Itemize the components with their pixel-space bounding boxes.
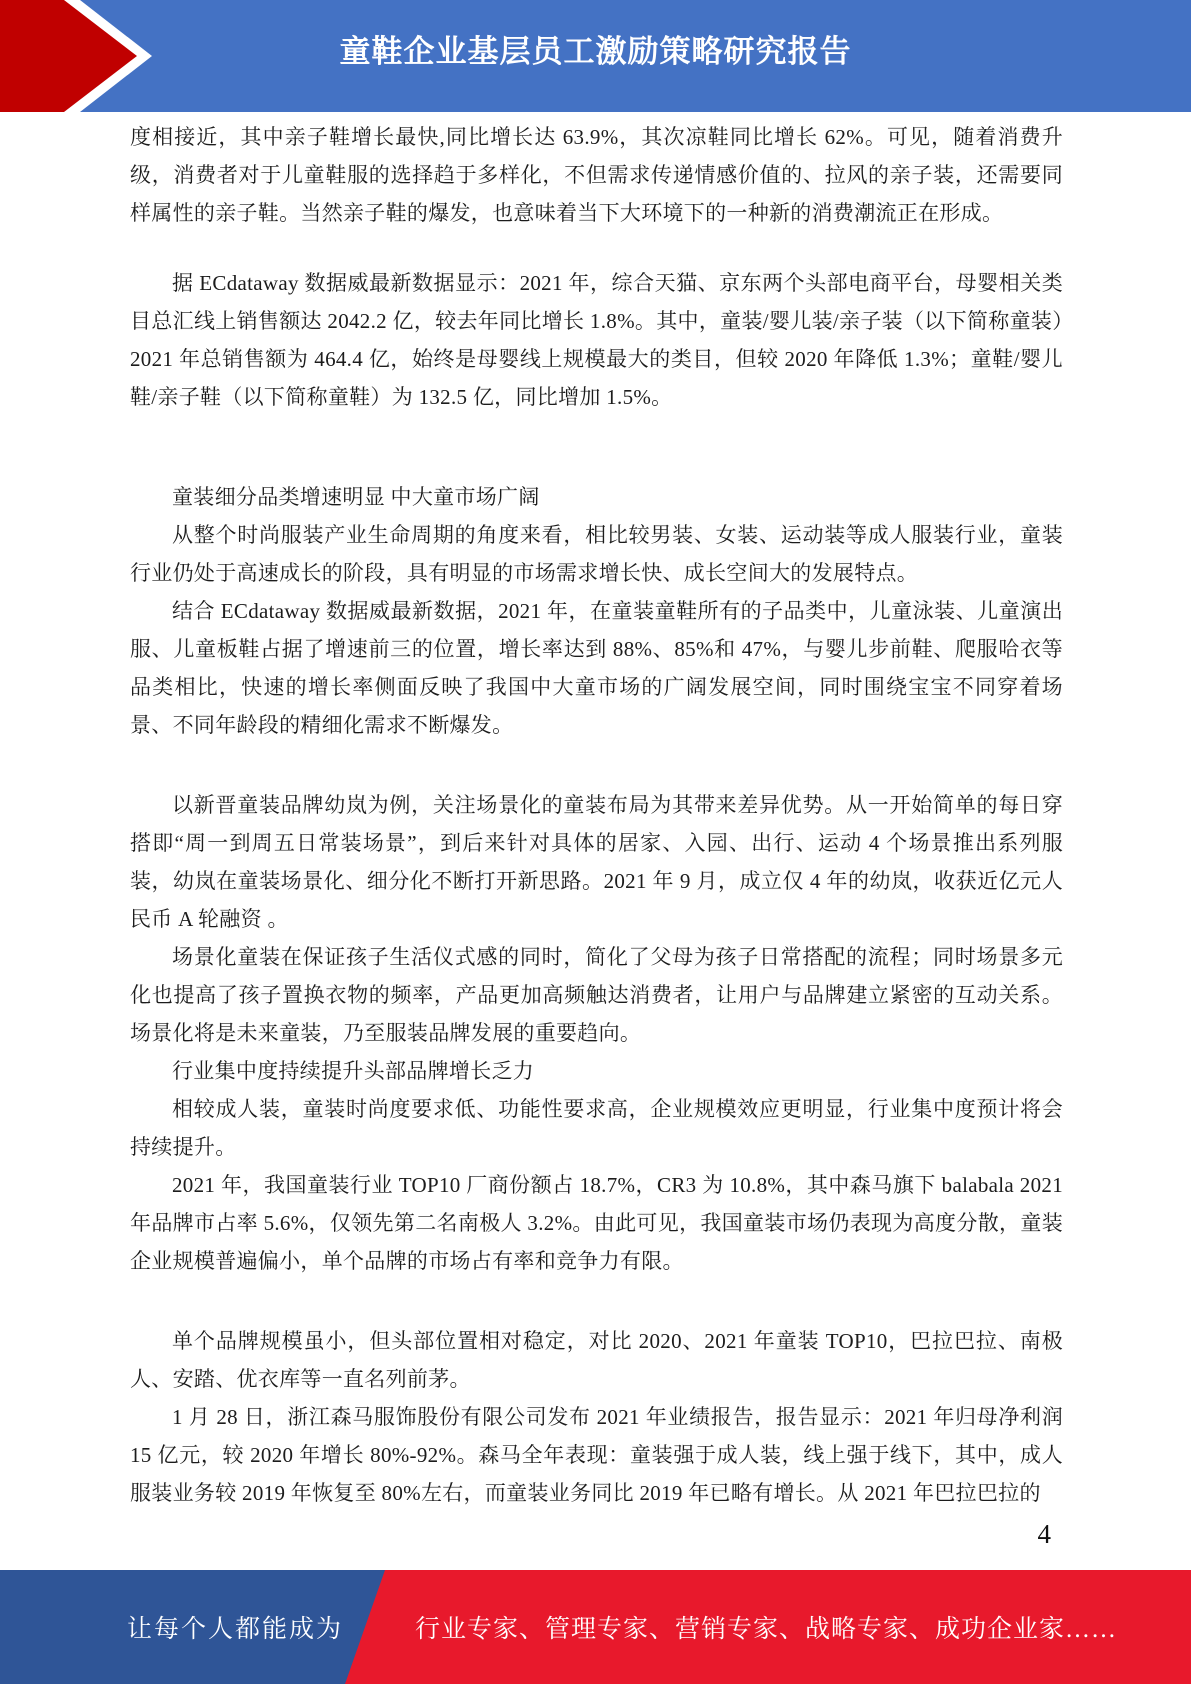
- paragraph: 相较成人装，童装时尚度要求低、功能性要求高，企业规模效应更明显，行业集中度预计将…: [130, 1090, 1063, 1166]
- paragraph: 以新晋童装品牌幼岚为例，关注场景化的童装布局为其带来差异优势。从一开始简单的每日…: [130, 786, 1063, 938]
- section-heading: 行业集中度持续提升头部品牌增长乏力: [130, 1052, 1063, 1090]
- paragraph: 结合 ECdataway 数据威最新数据，2021 年，在童装童鞋所有的子品类中…: [130, 592, 1063, 744]
- paragraph: 单个品牌规模虽小，但头部位置相对稳定，对比 2020、2021 年童装 TOP1…: [130, 1322, 1063, 1398]
- paragraph: 2021 年，我国童装行业 TOP10 厂商份额占 18.7%，CR3 为 10…: [130, 1166, 1063, 1280]
- paragraph: 度相接近，其中亲子鞋增长最快,同比增长达 63.9%，其次凉鞋同比增长 62%。…: [130, 118, 1063, 232]
- footer-slogan-right: 行业专家、管理专家、营销专家、战略专家、成功企业家……: [415, 1570, 1117, 1684]
- paragraph: 1 月 28 日，浙江森马服饰股份有限公司发布 2021 年业绩报告，报告显示：…: [130, 1398, 1063, 1512]
- report-page: 童鞋企业基层员工激励策略研究报告 度相接近，其中亲子鞋增长最快,同比增长达 63…: [0, 0, 1191, 1684]
- paragraph: 从整个时尚服装产业生命周期的角度来看，相比较男装、女装、运动装等成人服装行业，童…: [130, 516, 1063, 592]
- report-footer: 让每个人都能成为 行业专家、管理专家、营销专家、战略专家、成功企业家……: [0, 1570, 1191, 1684]
- report-header: 童鞋企业基层员工激励策略研究报告: [0, 0, 1191, 112]
- footer-slogan-left: 让每个人都能成为: [127, 1570, 343, 1684]
- document-body: 度相接近，其中亲子鞋增长最快,同比增长达 63.9%，其次凉鞋同比增长 62%。…: [130, 118, 1063, 1552]
- page-number: 4: [130, 1516, 1063, 1552]
- report-title: 童鞋企业基层员工激励策略研究报告: [0, 0, 1191, 71]
- paragraph: 据 ECdataway 数据威最新数据显示：2021 年，综合天猫、京东两个头部…: [130, 264, 1063, 416]
- section-heading: 童装细分品类增速明显 中大童市场广阔: [130, 478, 1063, 516]
- paragraph: 场景化童装在保证孩子生活仪式感的同时，简化了父母为孩子日常搭配的流程；同时场景多…: [130, 938, 1063, 1052]
